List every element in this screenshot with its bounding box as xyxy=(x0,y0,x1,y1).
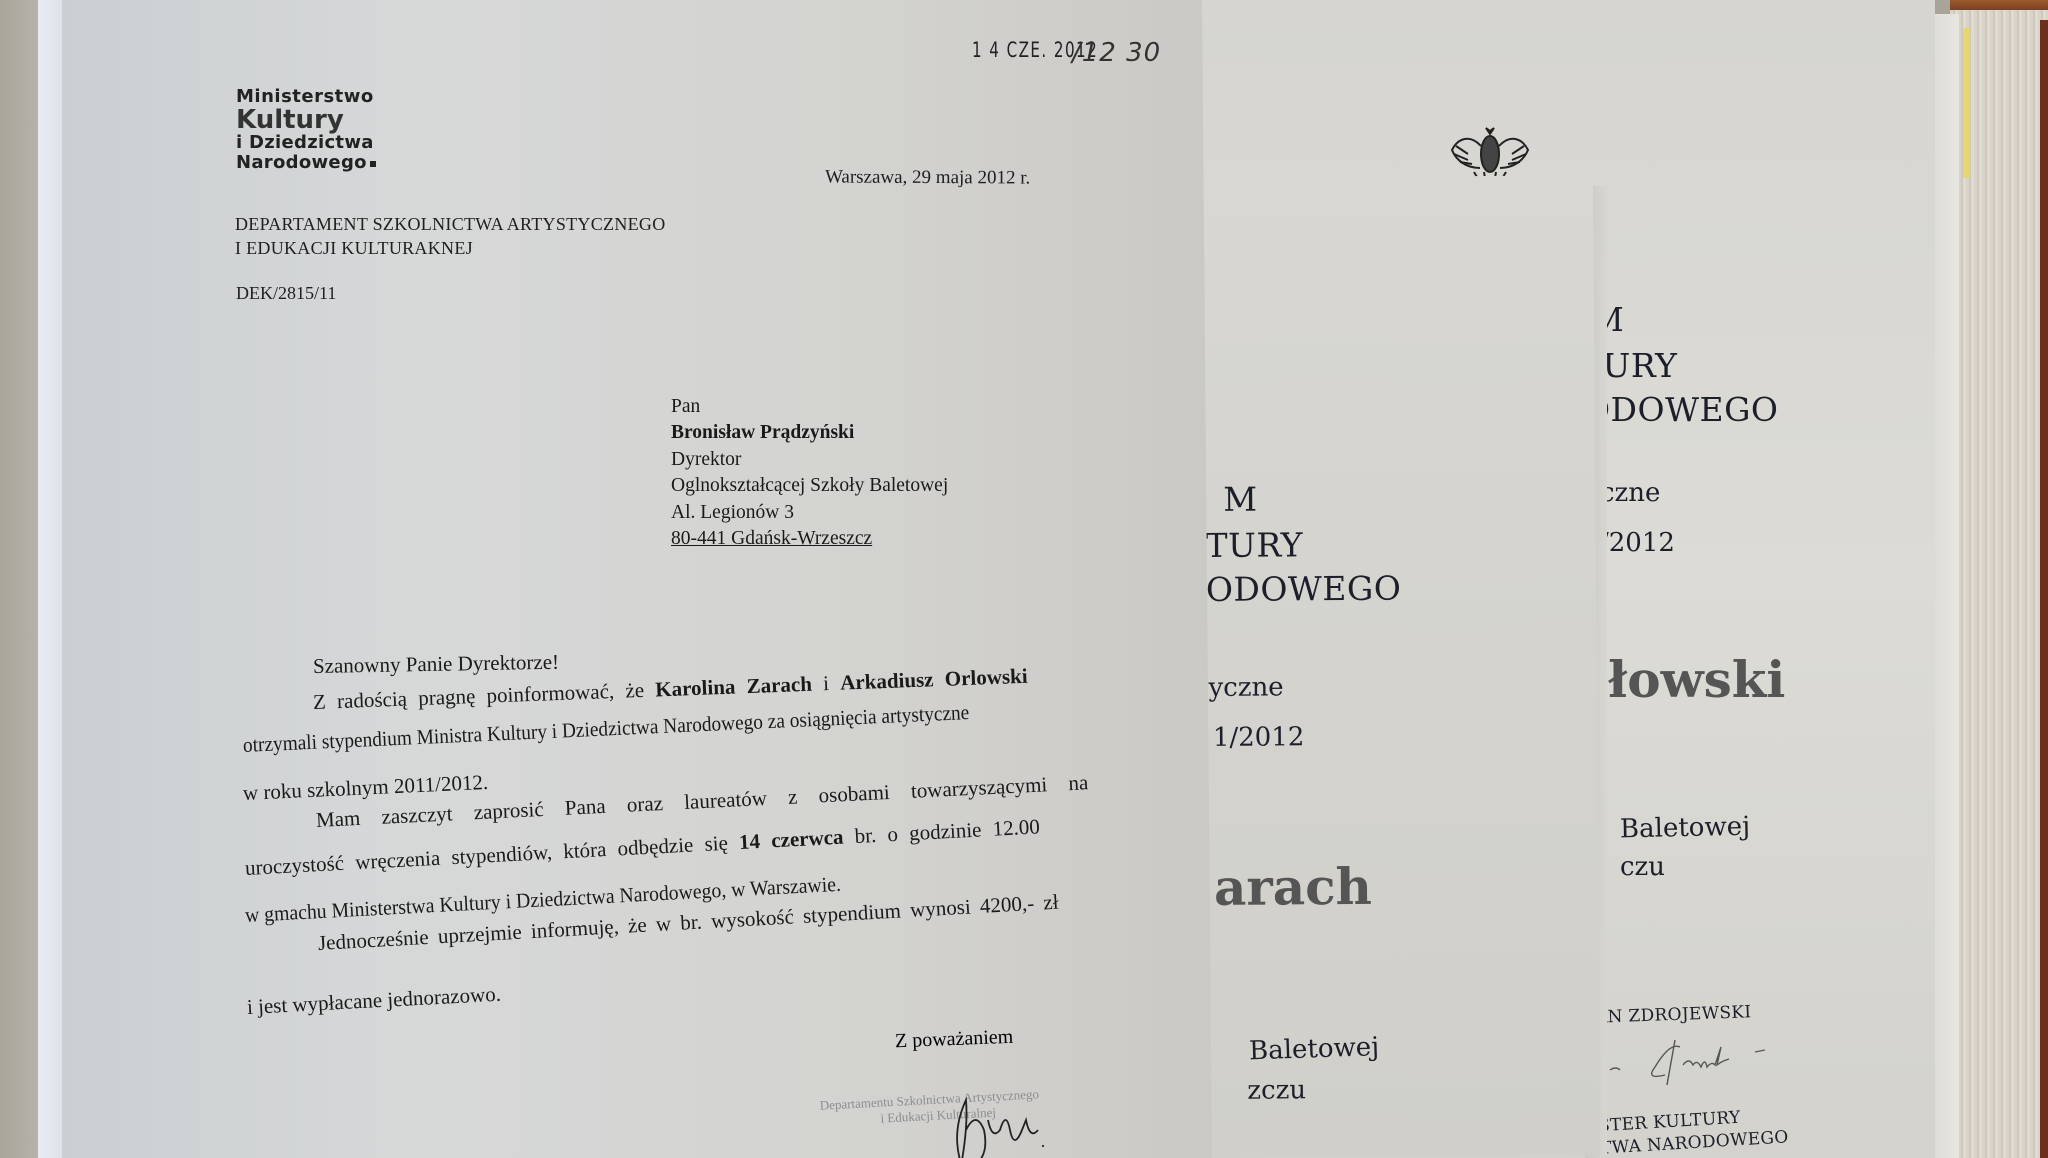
department-line1: DEPARTAMENT SZKOLNICTWA ARTYSTYCZNEGO xyxy=(235,212,666,236)
yellow-bookmark xyxy=(1963,28,1970,178)
diploma-title-line1: M xyxy=(1223,480,1258,519)
ceremony-date: 14 czerwca xyxy=(738,825,844,854)
table-surface xyxy=(0,0,40,1158)
diploma-line-b: 1/2012 xyxy=(1213,722,1305,753)
department-line2: I EDUKACJI KULTURAKNEJ xyxy=(235,236,666,260)
diploma-school: Baletowej xyxy=(1249,1032,1380,1066)
diploma-signatory: AN ZDROJEWSKI xyxy=(1595,1002,1752,1027)
logo-square-icon xyxy=(370,161,376,167)
receipt-number-handwritten: /12 30 xyxy=(1072,38,1161,68)
greeting: Szanowny Panie Dyrektorze! xyxy=(313,650,559,679)
handwritten-signature xyxy=(930,1090,1100,1158)
department-name: DEPARTAMENT SZKOLNICTWA ARTYSTYCZNEGO I … xyxy=(235,212,666,260)
reference-number: DEK/2815/11 xyxy=(236,283,336,304)
recipient-street: Al. Legionów 3 xyxy=(671,500,948,526)
recipient-address: Pan Bronisław Prądzyński Dyrektor Oglnok… xyxy=(671,394,948,552)
diploma-school: Baletowej xyxy=(1620,812,1751,845)
p1-conj: i xyxy=(811,671,840,696)
diploma-line-a: yczne xyxy=(1208,672,1283,703)
logo-line4: Narodowego xyxy=(236,152,367,173)
diploma-city: czu xyxy=(1620,852,1665,882)
letter-page xyxy=(62,0,1212,1158)
diploma-zarach: M TURY ODOWEGO yczne 1/2012 arach Baleto… xyxy=(1202,175,1600,1158)
recipient-institution: Oglnokształcącej Szkoły Baletowej xyxy=(671,473,948,499)
scholar-name-1: Karolina Zarach xyxy=(655,672,812,702)
closing: Z poważaniem xyxy=(895,1026,1014,1054)
recipient-salutation: Pan xyxy=(671,394,948,420)
document-photo: M TURY ODOWEGO czne /2012 łowski Baletow… xyxy=(0,0,2048,1158)
diploma-title-line2: TURY xyxy=(1205,525,1303,565)
logo-line1: Ministerstwo xyxy=(236,88,376,106)
page-edge xyxy=(38,0,63,1158)
diploma-line-b: /2012 xyxy=(1600,528,1675,558)
logo-line3: i Dziedzictwa xyxy=(236,134,376,152)
recipient-name: Bronisław Prądzyński xyxy=(671,420,948,446)
diploma-title-line3: ODOWEGO xyxy=(1206,569,1402,609)
diploma-title-line3: ODOWEGO xyxy=(1583,390,1779,429)
diploma-city: zczu xyxy=(1247,1075,1306,1105)
diploma-line-a: czne xyxy=(1600,478,1660,508)
diploma-recipient-name: arach xyxy=(1214,857,1372,917)
diploma-recipient-name: łowski xyxy=(1608,650,1785,709)
place-date: Warszawa, 29 maja 2012 r. xyxy=(825,166,1030,189)
recipient-title: Dyrektor xyxy=(671,447,948,473)
stack-shadow xyxy=(2040,20,2048,1158)
ministry-logo: Ministerstwo Kultury i Dziedzictwa Narod… xyxy=(236,88,376,172)
minister-signature xyxy=(1605,1030,1775,1090)
recipient-city: 80-441 Gdańsk-Wrzeszcz xyxy=(671,526,948,552)
logo-line2: Kultury xyxy=(236,107,376,133)
paper-stack xyxy=(1950,10,2048,1158)
